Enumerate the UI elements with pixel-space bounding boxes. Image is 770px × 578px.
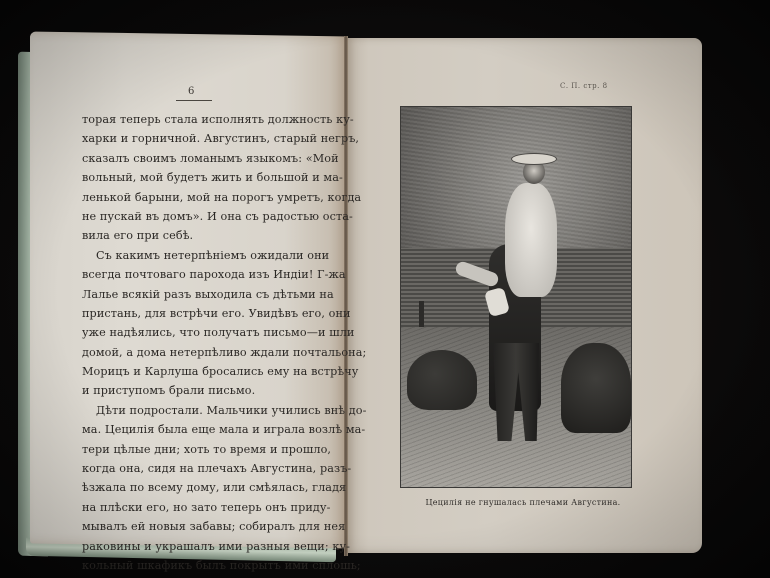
text-line: вольный, мой будетъ жить и большой и ма-	[82, 168, 310, 187]
text-line: вила его при себѣ.	[82, 226, 310, 245]
text-line: всегда почтоваго парохода изъ Индіи! Г-ж…	[82, 265, 310, 284]
text-line: домой, а дома нетерпѣливо ждали почтальо…	[82, 343, 310, 362]
girl-figure	[505, 183, 557, 297]
text-line: пристань, для встрѣчи его. Увидѣвъ его, …	[82, 304, 310, 323]
text-line: раковины и украшалъ ими разныя вещи; ку-	[82, 537, 310, 556]
paragraph: торая теперь стала исполнять должность к…	[82, 110, 310, 246]
text-line: не пускай въ домъ». И она съ радостью ос…	[82, 207, 310, 226]
text-line: уже надѣялись, что получатъ письмо—и шли	[82, 323, 310, 342]
bush-right	[561, 343, 631, 433]
text-line: харки и горничной. Августинъ, старый нег…	[82, 129, 310, 148]
lighthouse	[419, 301, 424, 331]
bush-left	[407, 350, 477, 410]
text-line: Дѣти подростали. Мальчики учились внѣ до…	[82, 401, 310, 420]
engraving-illustration	[400, 106, 632, 488]
paragraph: Съ какимъ нетерпѣніемъ ожидали они всегд…	[82, 246, 310, 401]
text-line: мывалъ ей новыя забавы; собиралъ для нея	[82, 517, 310, 536]
text-line: ленькой барыни, мой на порогъ умретъ, ко…	[82, 188, 310, 207]
page-number: 6	[188, 86, 194, 97]
text-line: ма. Цецилія была еще мала и играла возлѣ…	[82, 420, 310, 439]
text-line: Лалье всякій разъ выходила съ дѣтьми на	[82, 285, 310, 304]
illustration-caption: Цецилія не гнушалась плечами Августина.	[418, 498, 628, 507]
text-line: тери цѣлые дни; хоть то время и прошло,	[82, 440, 310, 459]
page-number-rule	[176, 100, 212, 101]
girl-hat	[511, 153, 557, 165]
text-line: сказалъ своимъ ломанымъ языкомъ: «Мой	[82, 149, 310, 168]
text-line: Морицъ и Карлуша бросались ему на встрѣч…	[82, 362, 310, 381]
paragraph: Дѣти подростали. Мальчики учились внѣ до…	[82, 401, 310, 576]
text-line: кольный шкафикъ былъ покрытъ ими сплошь;	[82, 556, 310, 575]
text-line: Съ какимъ нетерпѣніемъ ожидали они	[82, 246, 310, 265]
text-line: ѣзжала по всему дому, или смѣялась, глад…	[82, 478, 310, 497]
text-line: торая теперь стала исполнять должность к…	[82, 110, 310, 129]
running-head: С. П. стр. 8	[560, 82, 608, 90]
text-line: и приступомъ брали письмо.	[82, 381, 310, 400]
text-line: на плѣски его, но зато теперь онъ приду-	[82, 498, 310, 517]
left-page-text: торая теперь стала исполнять должность к…	[82, 110, 310, 575]
text-line: когда она, сидя на плечахъ Августина, ра…	[82, 459, 310, 478]
